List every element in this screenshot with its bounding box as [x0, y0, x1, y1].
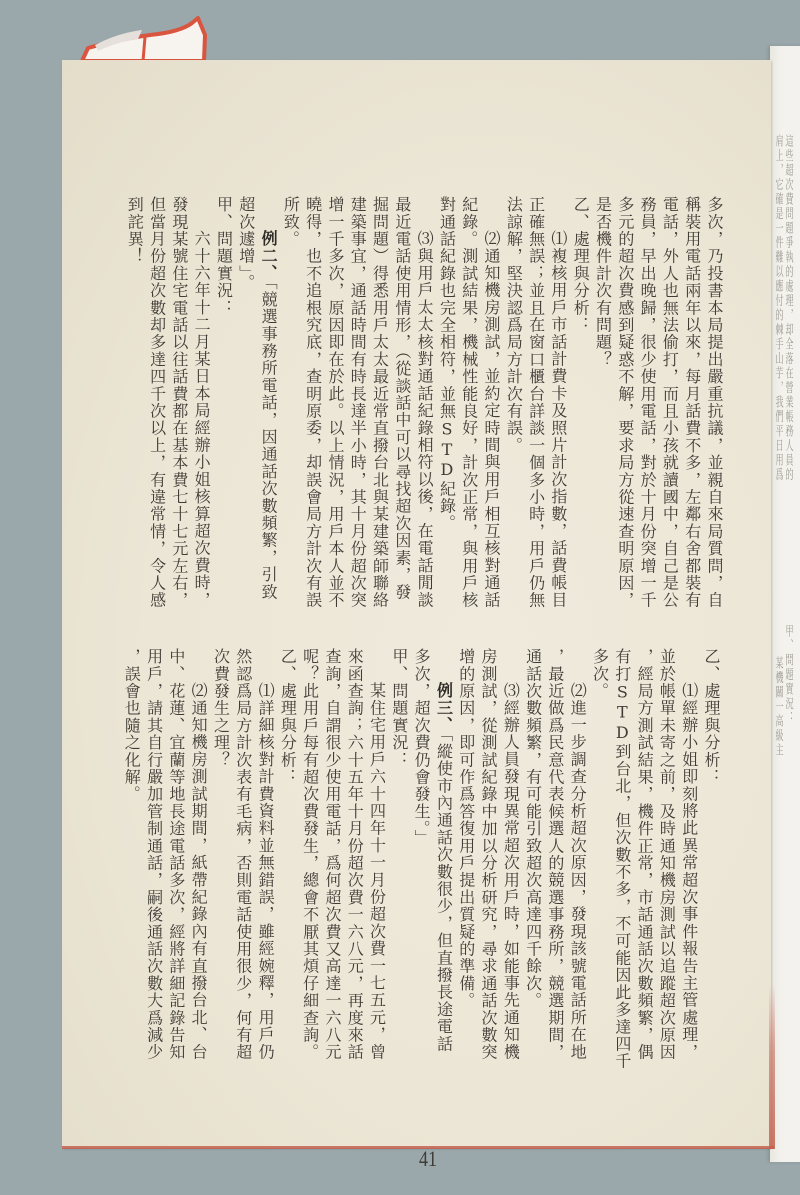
paragraph-start: 某住宅用戶六十四年十一月份超次費一七五元，曾 [365, 648, 387, 1068]
numbered-item-start: ⑶經辦人員發現異常超次用戶時，如能事先通知機 [499, 648, 521, 1068]
text-column: 發現某號住宅電話以往話費都在基本費七十七元左右， [168, 196, 190, 616]
text-column: 但當月份超次數却多達四千次以上，有違常情，令人感 [145, 196, 167, 616]
section-heading: 甲、問題實況： [388, 648, 410, 1068]
upper-text-block: 多次，乃投書本局提出嚴重抗議，並親自來局質問，自 稱裝用電話兩年以來，每月話費不… [123, 196, 725, 616]
numbered-item-start: ⑵通知機房測試期間，紙帶紀錄內有直撥台北、台 [187, 648, 209, 1068]
text-column: 曉得，也不追根究底，查明原委，却誤會局方計次有誤 [301, 196, 323, 616]
text-column: 務員，早出晚歸，很少使用電話，對於十月份突增一千 [636, 196, 658, 616]
page-number: 41 [412, 1146, 445, 1172]
text-column: 然認爲局方計次表有毛病，否則電話使用很少，何有超 [231, 648, 253, 1068]
section-heading: 乙、處理與分析： [569, 196, 591, 616]
example-title: 「縱使市內通話次數很少，但直撥長途電話 [434, 734, 453, 1053]
adjacent-page-heading: 甲、問題實況： [785, 624, 791, 726]
text-column: 建築事宜，通話時間有時長達半小時，其十月份超次突 [346, 196, 368, 616]
text-column: 通話次數頻繁，有可能引致超次高達四千餘次。 [521, 648, 543, 1068]
text-column: 稱裝用電話兩年以來，每月話費不多，左鄰右舍都裝有 [680, 196, 702, 616]
section-heading: 甲、問題實況： [212, 196, 234, 616]
paragraph-start: 六十六年十二月某日本局經辦小姐核算超次費時， [190, 196, 212, 616]
text-column: 有打STD到台北，但次數不多，不可能因此多達四千 [611, 648, 633, 1068]
text-column: 多次，超次費仍會發生。」 [410, 648, 432, 1068]
example-label: 例三、 [434, 682, 453, 734]
text-column: 到詫異！ [123, 196, 145, 616]
text-column: 呢？此用戶每有超次費發生，總會不厭其煩仔細查詢。 [298, 648, 320, 1068]
book-page: 多次，乃投書本局提出嚴重抗議，並親自來局質問，自 稱裝用電話兩年以來，每月話費不… [62, 60, 771, 1148]
numbered-item-start: ⑴詳細核對計費資料並無錯誤，雖經婉釋，用戶仍 [254, 648, 276, 1068]
text-column: 電話，外人也無法偷打，而且小孩就讀國中，自己是公 [658, 196, 680, 616]
example-label: 例二、 [259, 230, 278, 282]
text-column: 所致。 [279, 196, 301, 616]
numbered-item-start: ⑵進一步調查分析超次原因，發現該號電話所在地 [566, 648, 588, 1068]
example-heading: 例二、「競選事務所電話，因通話次數頻繁，引致 [257, 196, 279, 616]
text-column: 房測試，從測試紀錄中加以分析研究，尋求通話次數突 [477, 648, 499, 1068]
text-column: 多次。 [588, 648, 610, 1068]
text-column: 並於帳單未寄之前，及時通知機房測試以追蹤超次原因 [655, 648, 677, 1068]
text-column: 增一千多次，原因即在於此。以上情況，用戶本人並不 [324, 196, 346, 616]
text-column: 多次，乃投書本局提出嚴重抗議，並親自來局質問，自 [703, 196, 725, 616]
section-heading: 乙、處理與分析： [276, 648, 298, 1068]
adjacent-page-text-column: 肩上，它確是一件難以應付的棘手山芋，我們平日用爲 [775, 134, 781, 482]
text-column: 是否機件計次有問題？ [591, 196, 613, 616]
example-heading: 例三、「縱使市內通話次數很少，但直撥長途電話 [432, 648, 454, 1068]
bookmark-tag-icon [80, 15, 210, 62]
numbered-item-start: ⑴經辦小姐即刻將此異常超次事件報告主管處理， [677, 648, 699, 1068]
numbered-item-start: ⑶與用戶太太核對通話紀錄相符以後，在電話閒談 [413, 196, 435, 616]
text-column: ，經局方測試結果，機件正常，市話通話次數頻繁，偶 [633, 648, 655, 1068]
numbered-item-start: ⑴複核用戶市話計費卡及照片計次指數，話費帳目 [547, 196, 569, 616]
adjacent-page-text-column: 某機關一高級主 [775, 656, 781, 758]
text-column: 多元的超次費感到疑惑不解，要求局方從速查明原因， [614, 196, 636, 616]
red-book-edge-right [769, 985, 775, 1149]
text-column: 來函查詢；六十五年十月份超次費一六八元，再度來話 [343, 648, 365, 1068]
example-title: 「競選事務所電話，因通話次數頻繁，引致 [259, 282, 278, 601]
section-heading: 乙、處理與分析： [700, 648, 722, 1068]
text-column: 查詢，自謂很少使用電話，爲何超次費又高達一六八元 [321, 648, 343, 1068]
text-column: 次費發生之理？ [209, 648, 231, 1068]
text-column: 最近電話使用情形，（從談話中可以尋找超次因素，發 [391, 196, 413, 616]
numbered-item-start: ⑵通知機房測試，並約定時間與用戶相互核對通話 [480, 196, 502, 616]
text-column: 用戶，請其自行嚴加管制通話，嗣後通話次數大爲減少 [142, 648, 164, 1068]
text-column: 紀錄。測試結果，機械性能良好，計次正常，與用戶核 [457, 196, 479, 616]
text-column: 超次遽增」。 [234, 196, 256, 616]
red-book-edge-bottom [62, 1146, 774, 1149]
text-column: 正確無誤；並且在窗口櫃台詳談一個多小時，用戶仍無 [524, 196, 546, 616]
text-column: ，最近做爲民意代表候選人的競選事務所，競選期間， [544, 648, 566, 1068]
text-column: ，誤會也隨之化解。 [120, 648, 142, 1068]
text-column: 掘問題）得悉用戶太太最近常直撥台北與某建築師聯絡 [368, 196, 390, 616]
text-column: 中、花蓮、宜蘭等地長途電話多次，經將詳細記錄告知 [165, 648, 187, 1068]
text-column: 對通話紀錄也完全相符，並無STD紀錄。 [435, 196, 457, 616]
adjacent-page-text-column: 這些超次費問題爭執的處理，却全落在營業帳務人員的 [785, 134, 791, 482]
text-column: 法諒解，堅決認爲局方計次有誤。 [502, 196, 524, 616]
text-column: 增的原因，即可作爲答復用戶提出質疑的準備。 [454, 648, 476, 1068]
lower-text-block: 乙、處理與分析： ⑴經辦小姐即刻將此異常超次事件報告主管處理， 並於帳單未寄之前… [120, 648, 722, 1068]
